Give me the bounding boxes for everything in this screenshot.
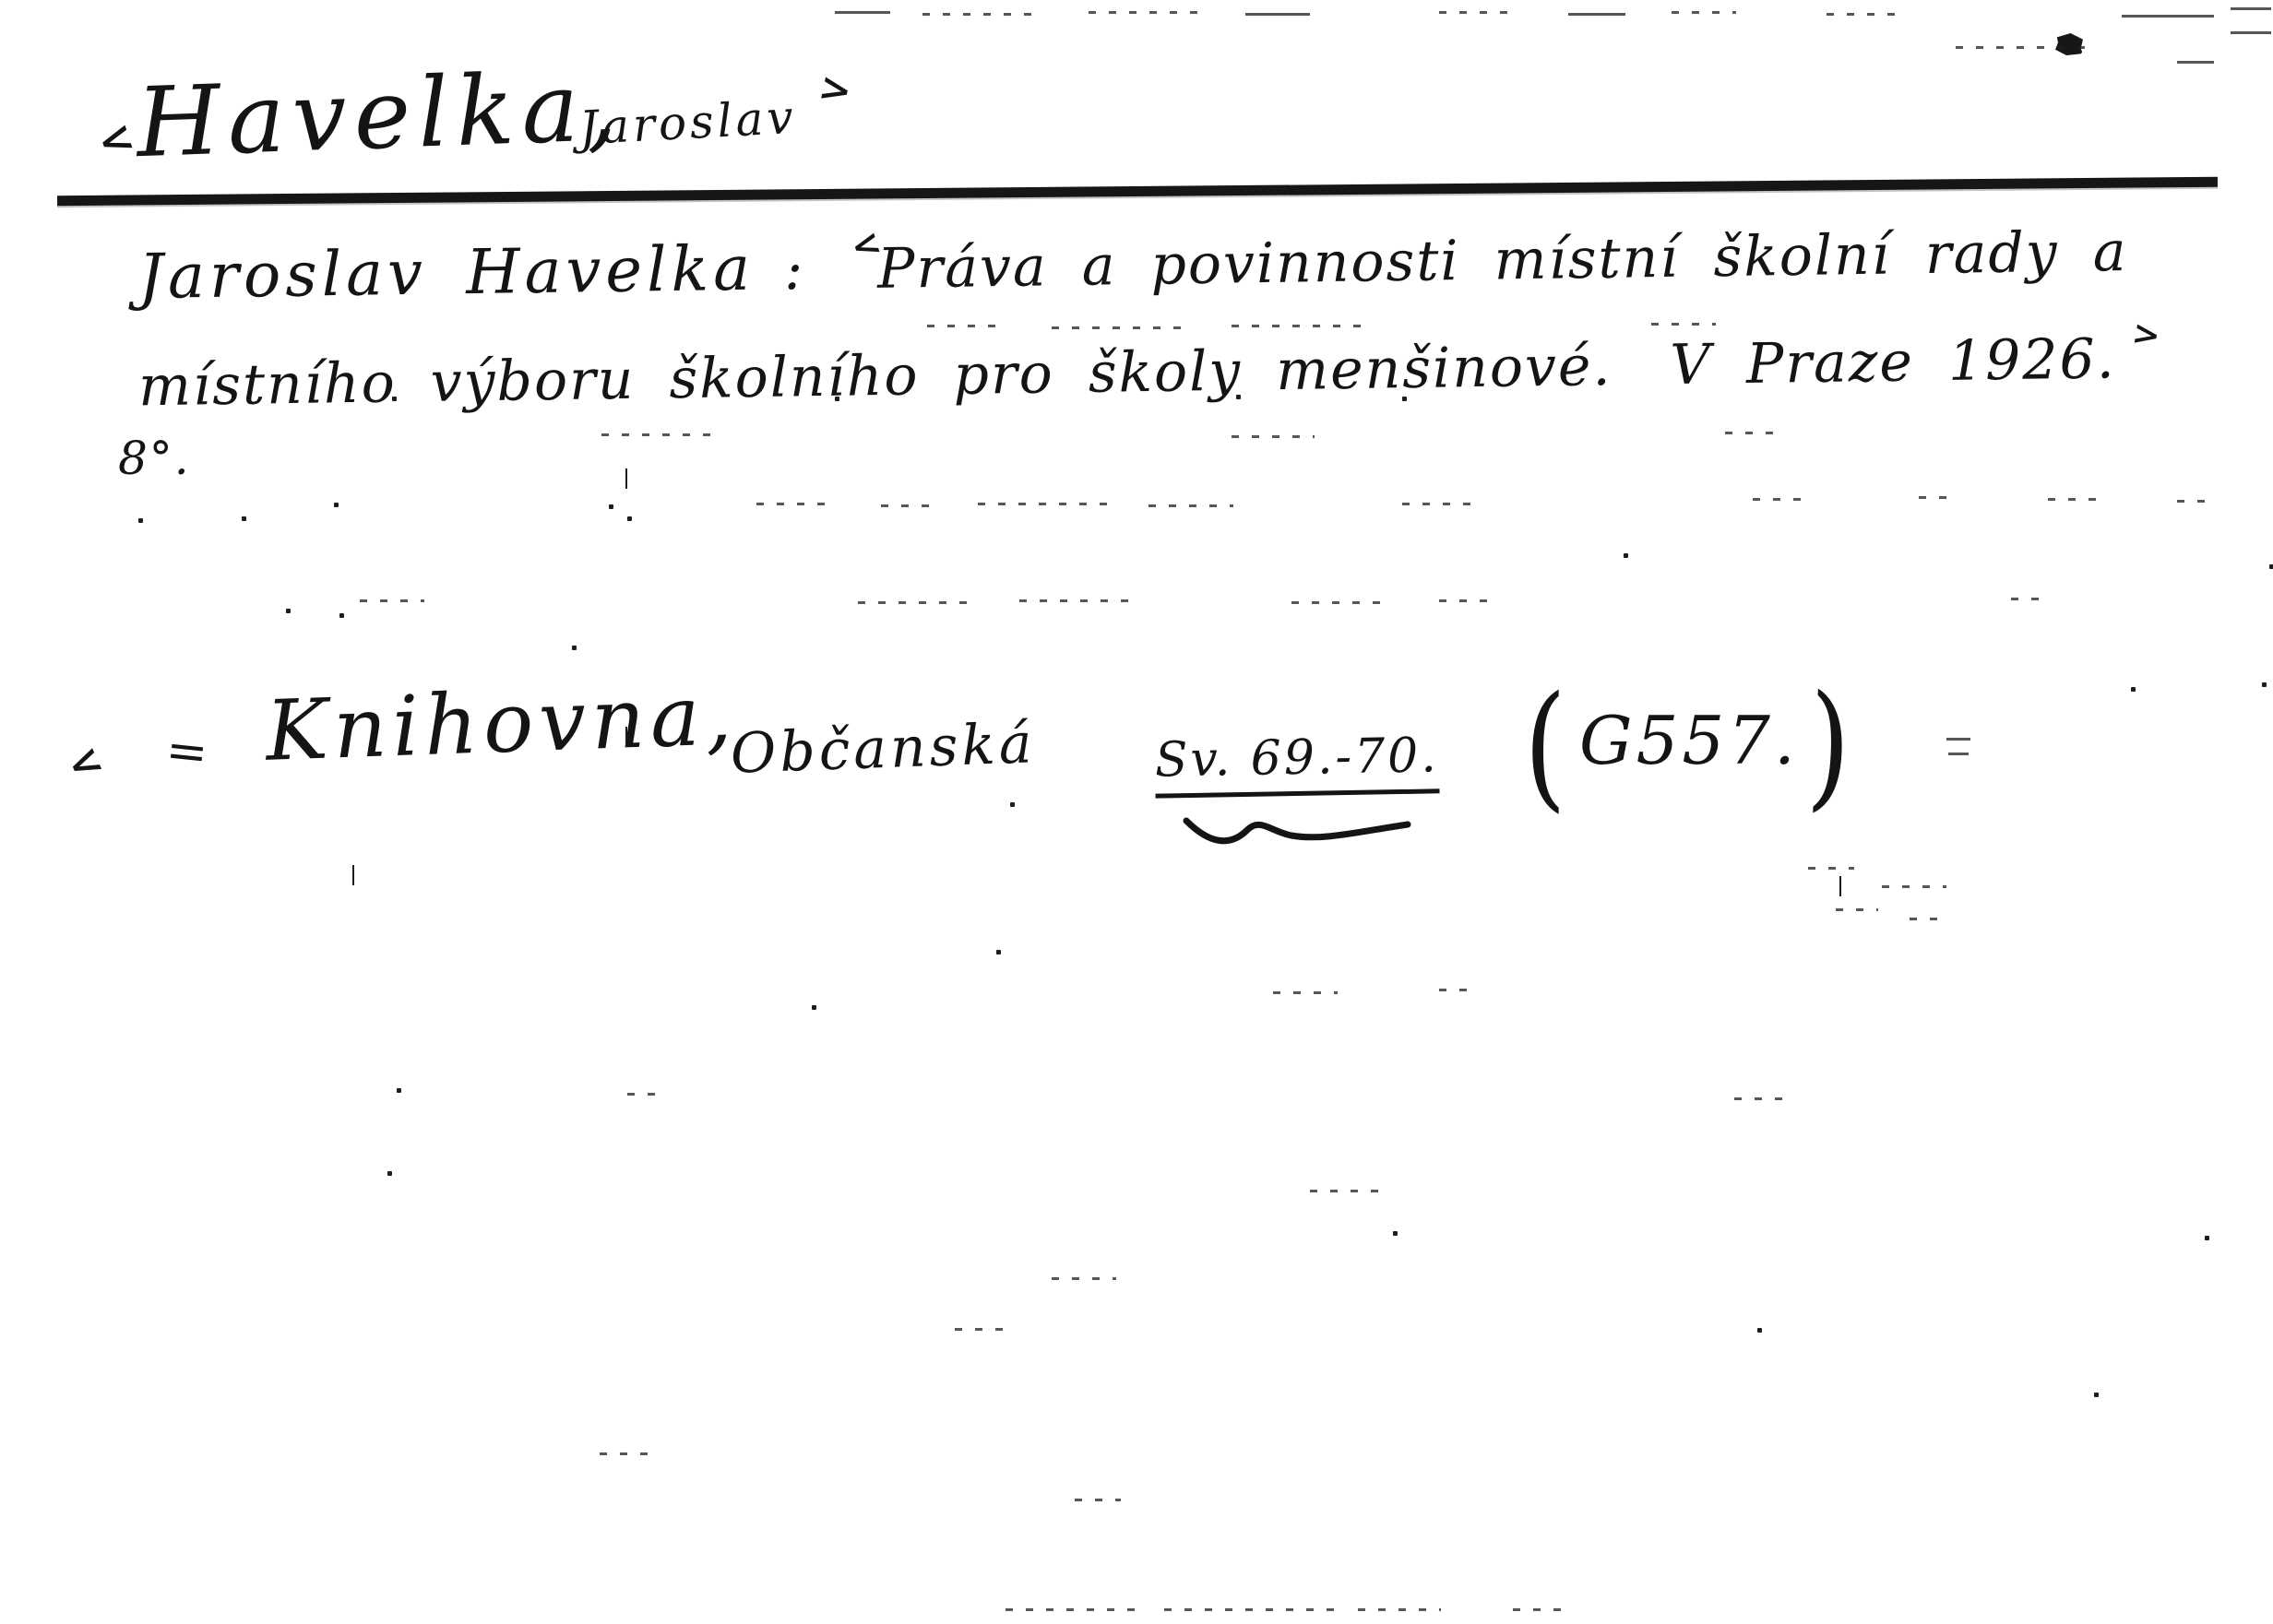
scan-artifact [955, 1328, 1010, 1331]
scan-artifact [1836, 908, 1878, 911]
scan-artifact [1236, 395, 1241, 399]
scan-artifact [627, 516, 632, 521]
scan-artifact [1672, 11, 1736, 14]
scan-artifact [927, 325, 1001, 327]
scan-artifact [2177, 500, 2210, 503]
holdings-shelfmark: (G557.) [1524, 684, 1854, 793]
scan-artifact [2177, 61, 2214, 64]
scan-artifact [1245, 13, 1310, 16]
scan-artifact [1075, 1499, 1121, 1501]
heading-forename: Jaroslav [578, 94, 798, 151]
scan-artifact [625, 468, 627, 489]
scan-artifact [1839, 876, 1841, 896]
scan-artifact [1725, 432, 1780, 434]
scan-artifact [2094, 1393, 2099, 1397]
scan-artifact [1757, 1328, 1762, 1333]
scan-artifact [1513, 1608, 1568, 1611]
scan-artifact [1624, 553, 1628, 558]
scan-artifact [2269, 564, 2273, 569]
scan-artifact [1439, 989, 1476, 991]
scan-artifact [360, 599, 424, 602]
entry-line-2: místního výboru školního pro školy menši… [138, 331, 2163, 415]
holdings-branch-name: Občanská [730, 716, 1036, 781]
scan-artifact [1052, 1277, 1116, 1280]
format-note: 8°. [118, 435, 191, 481]
scan-artifact [1402, 503, 1476, 505]
scan-artifact [392, 397, 397, 401]
scan-artifact [334, 503, 339, 507]
heading-open-angle-mark: < [92, 113, 139, 165]
scan-artifact [242, 516, 246, 521]
scan-artifact [2262, 682, 2267, 687]
scan-artifact [756, 503, 830, 505]
scan-artifact [858, 601, 978, 604]
holdings-library-name: Knihovna, [265, 674, 739, 774]
scan-artifact [2231, 31, 2271, 34]
scan-artifact [1164, 1608, 1339, 1611]
scan-artifact [881, 504, 936, 507]
scan-artifact [1089, 11, 1197, 14]
scan-artifact [625, 727, 627, 747]
scan-artifact [1734, 1097, 1790, 1100]
scan-artifact [1052, 326, 1190, 329]
scan-artifact [1232, 325, 1361, 327]
scan-artifact [2011, 598, 2052, 600]
scan-artifact [812, 1005, 816, 1010]
scan-artifact [1919, 496, 1956, 499]
stamp-smudge [2055, 33, 2083, 55]
scan-artifact [1808, 867, 1854, 870]
scan-artifact [1291, 601, 1384, 604]
scan-artifact [572, 646, 577, 650]
scan-artifact [1651, 323, 1716, 326]
scan-artifact [627, 1093, 668, 1096]
scan-artifact [1882, 885, 1946, 888]
title-insert-mark: < [847, 223, 887, 266]
scan-artifact [1006, 1608, 1135, 1611]
scan-artifact [978, 503, 1107, 505]
scan-artifact [138, 518, 143, 523]
scan-artifact [397, 1088, 401, 1093]
scan-artifact [1439, 11, 1513, 14]
scan-artifact [2048, 498, 2103, 501]
scan-artifact [1310, 1190, 1384, 1192]
scan-artifact [1273, 991, 1338, 994]
scan-artifact [1393, 1231, 1398, 1236]
scan-artifact [2122, 15, 2214, 18]
scan-artifact [1232, 435, 1315, 438]
heading-rule [57, 177, 2218, 206]
scan-artifact [600, 1452, 655, 1455]
flourish-underline [1183, 804, 1413, 850]
scan-artifact [2131, 687, 2136, 692]
scan-artifact [1946, 738, 1970, 741]
scan-artifact [1148, 504, 1233, 507]
scan-artifact [1910, 918, 1946, 920]
scan-artifact [835, 397, 839, 401]
scan-artifact [1568, 13, 1625, 16]
scan-artifact [339, 613, 344, 618]
entry-end-angle-mark: > [2130, 316, 2165, 354]
scan-artifact [996, 950, 1001, 954]
shelfmark-open-paren: ( [1524, 678, 1570, 814]
holdings-equals-sign: = [163, 725, 210, 778]
scan-artifact [609, 504, 613, 509]
holdings-volumes: Sv. 69.-70. [1154, 731, 1439, 798]
shelfmark-value: G557. [1579, 707, 1799, 774]
entry-title-line1: Práva a povinnosti místní školní rady a [877, 219, 2128, 302]
heading-close-angle-mark: > [815, 67, 855, 112]
entry-imprint: V Praze 1926. [1670, 326, 2116, 397]
shelfmark-close-paren: ) [1805, 676, 1857, 815]
scan-artifact [1948, 753, 1969, 755]
scan-artifact [1010, 802, 1015, 807]
scan-artifact [2205, 1236, 2209, 1240]
scan-artifact [1827, 13, 1900, 16]
scan-artifact [1439, 599, 1494, 602]
heading-surname: Havelka, [135, 58, 625, 171]
entry-title-line2: místního výboru školního pro školy menši… [138, 334, 1613, 419]
entry-author: Jaroslav Havelka [138, 232, 756, 313]
scan-artifact [1402, 397, 1407, 401]
scan-artifact [601, 433, 721, 436]
catalog-card: < Havelka, Jaroslav > Jaroslav Havelka: … [0, 0, 2273, 1624]
scan-artifact [286, 609, 291, 613]
entry-separator: : [784, 238, 805, 302]
scan-artifact [352, 865, 354, 885]
entry-line-1: Jaroslav Havelka: <Práva a povinnosti mí… [138, 219, 2128, 308]
scan-artifact [922, 13, 1033, 16]
scan-artifact [1358, 1608, 1441, 1611]
scan-artifact [1956, 46, 2085, 49]
scan-artifact [1019, 599, 1137, 602]
scan-artifact [835, 11, 890, 14]
scan-artifact [2231, 7, 2271, 10]
holdings-open-angle-mark: < [62, 738, 110, 788]
scan-artifact [1753, 498, 1808, 501]
scan-artifact [387, 1171, 392, 1176]
